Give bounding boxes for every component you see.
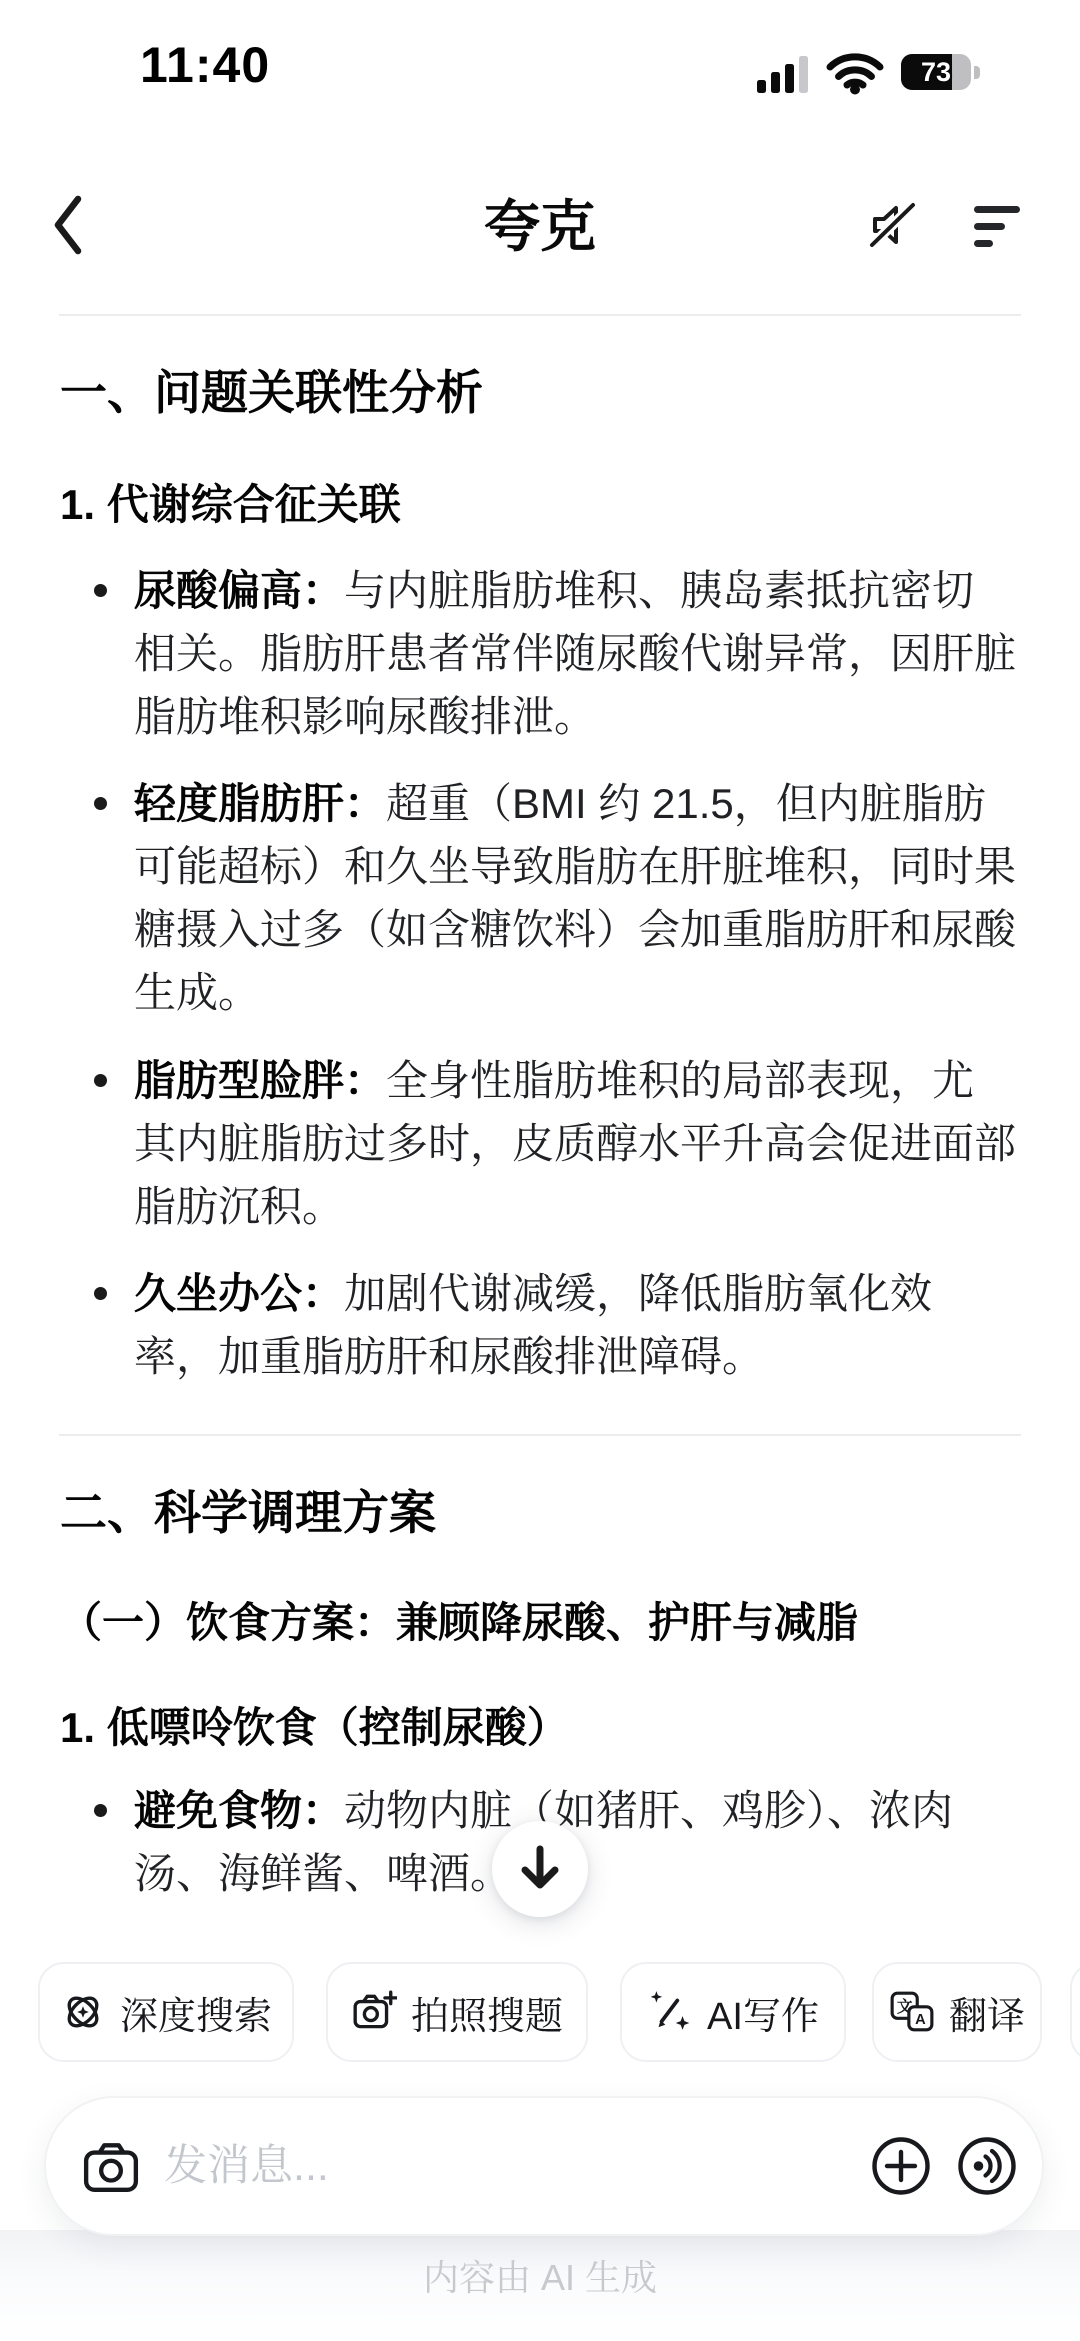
camera-search-icon bbox=[351, 1989, 397, 2035]
section-subheading-2b: 1. 低嘌呤饮食（控制尿酸） bbox=[60, 1702, 569, 1755]
battery-percent: 73 bbox=[901, 54, 971, 90]
voice-button[interactable] bbox=[956, 2135, 1018, 2197]
list-item: 久坐办公：加剧代谢减缓，降低脂肪氧化效率，加重脂肪肝和尿酸排泄障碍。 bbox=[134, 1262, 1016, 1388]
toolbar-chip-deep-search[interactable]: 深度搜索 bbox=[38, 1962, 294, 2062]
list-item: 轻度脂肪肝：超重（BMI 约 21.5，但内脏脂肪可能超标）和久坐导致脂肪在肝脏… bbox=[134, 772, 1016, 1024]
bullet-term: 尿酸偏高： bbox=[134, 567, 344, 614]
toolbar-chip-label: 翻译 bbox=[949, 1985, 1025, 2040]
scroll-to-bottom-button[interactable] bbox=[492, 1821, 588, 1917]
toolbar-chip-label: 拍照搜题 bbox=[411, 1985, 563, 2040]
toolbar-chip-label: AI写作 bbox=[707, 1985, 819, 2040]
bullet-term: 久坐办公： bbox=[134, 1270, 344, 1317]
arrow-down-icon bbox=[517, 1844, 563, 1894]
bullet-term: 避免食物： bbox=[134, 1787, 344, 1834]
bullet-dot-icon bbox=[94, 1074, 107, 1087]
section-heading-2: 二、科学调理方案 bbox=[60, 1484, 436, 1543]
wifi-icon bbox=[826, 53, 884, 95]
speaker-muted-icon bbox=[866, 198, 920, 252]
camera-button[interactable] bbox=[82, 2138, 140, 2194]
toolbar-chip-partial[interactable] bbox=[1070, 1962, 1080, 2062]
deep-search-icon bbox=[60, 1989, 106, 2035]
battery-indicator: 73 bbox=[901, 54, 971, 90]
menu-lines-icon bbox=[974, 204, 1022, 250]
bullet-dot-icon bbox=[94, 1287, 107, 1300]
battery-nub bbox=[974, 66, 980, 79]
toolbar-chip-ai-writing[interactable]: AI写作 bbox=[620, 1962, 846, 2062]
bullet-term: 轻度脂肪肝： bbox=[134, 780, 386, 827]
divider-section bbox=[59, 1434, 1021, 1436]
plus-circle-icon bbox=[870, 2135, 932, 2197]
toolbar-chip-translate[interactable]: 文 A 翻译 bbox=[872, 1962, 1042, 2062]
list-item: 尿酸偏高：与内脏脂肪堆积、胰岛素抵抗密切相关。脂肪肝患者常伴随尿酸代谢异常，因肝… bbox=[134, 559, 1016, 748]
toolbar-chip-label: 深度搜索 bbox=[120, 1985, 272, 2040]
menu-button[interactable] bbox=[974, 204, 1022, 250]
translate-icon: 文 A bbox=[889, 1989, 935, 2035]
bullet-term: 脂肪型脸胖： bbox=[134, 1057, 386, 1104]
quark-app-screen: 11:40 73 bbox=[0, 0, 1080, 2341]
svg-text:A: A bbox=[915, 2012, 926, 2028]
ai-writing-icon bbox=[647, 1989, 693, 2035]
section-subheading-2a: （一）饮食方案：兼顾降尿酸、护肝与减脂 bbox=[60, 1597, 858, 1650]
cellular-signal-icon bbox=[757, 56, 811, 93]
ai-disclaimer: 内容由 AI 生成 bbox=[0, 2250, 1080, 2301]
bullet-dot-icon bbox=[94, 584, 107, 597]
status-time: 11:40 bbox=[140, 36, 270, 94]
section-heading-1: 一、问题关联性分析 bbox=[60, 364, 483, 423]
camera-icon bbox=[82, 2138, 140, 2194]
message-input[interactable] bbox=[164, 2142, 846, 2191]
divider-top bbox=[59, 314, 1021, 316]
section-subheading-1: 1. 代谢综合征关联 bbox=[60, 479, 401, 532]
list-item: 脂肪型脸胖：全身性脂肪堆积的局部表现，尤其内脏脂肪过多时，皮质醇水平升高会促进面… bbox=[134, 1049, 1016, 1238]
bullet-dot-icon bbox=[94, 1804, 107, 1817]
add-button[interactable] bbox=[870, 2135, 932, 2197]
message-input-bar bbox=[44, 2096, 1044, 2236]
toolbar-chip-photo-search[interactable]: 拍照搜题 bbox=[326, 1962, 588, 2062]
bullet-dot-icon bbox=[94, 797, 107, 810]
mute-button[interactable] bbox=[866, 198, 920, 252]
voice-circle-icon bbox=[956, 2135, 1018, 2197]
